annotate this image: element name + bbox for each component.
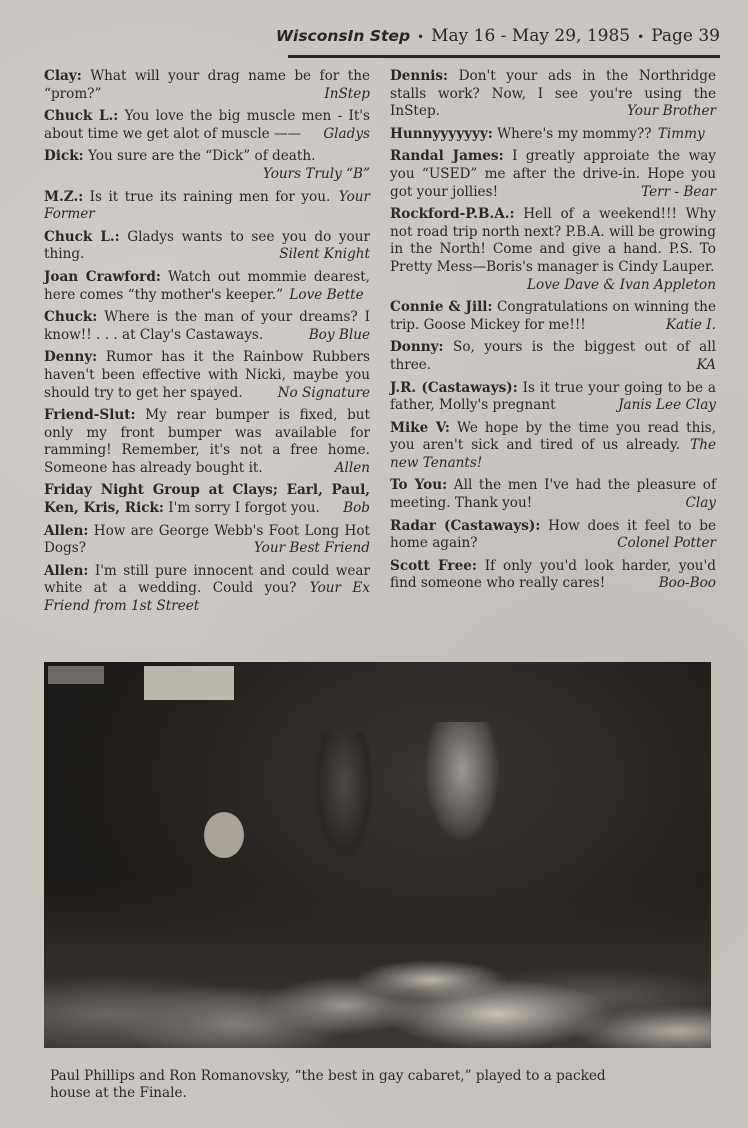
personal-ad: Clay: What will your drag name be for th… xyxy=(44,68,370,103)
personal-ad: Chuck L.: You love the big muscle men - … xyxy=(44,108,370,143)
wall-banner xyxy=(144,666,234,700)
ad-message: Where's my mommy?? xyxy=(497,126,651,142)
guitarist-figure xyxy=(424,722,500,842)
ad-recipient: Clay: xyxy=(44,68,82,84)
ad-recipient: Chuck: xyxy=(44,309,97,325)
personals-right-column: Dennis: Don't your ads in the Northridge… xyxy=(390,68,716,598)
ad-signature: Timmy xyxy=(656,126,705,142)
bullet-separator: • xyxy=(637,30,644,44)
ad-signature: Katie I. xyxy=(660,317,716,335)
personal-ad: Friday Night Group at Clays; Earl, Paul,… xyxy=(44,482,370,517)
ad-signature: Terr - Bear xyxy=(635,184,716,202)
ad-recipient: Joan Crawford: xyxy=(44,269,161,285)
audience xyxy=(44,878,711,1048)
personal-ad: Allen: I'm still pure innocent and could… xyxy=(44,563,370,616)
personal-ad: M.Z.: Is it true its raining men for you… xyxy=(44,189,370,224)
ad-signature: Yours Truly “B” xyxy=(257,166,370,184)
wall-sign xyxy=(48,666,104,684)
personal-ad: To You: All the men I've had the pleasur… xyxy=(390,477,716,512)
ad-recipient: Chuck L.: xyxy=(44,108,118,124)
ad-recipient: Connie & Jill: xyxy=(390,299,492,315)
personal-ad: Joan Crawford: Watch out mommie dearest,… xyxy=(44,269,370,304)
ad-signature: Love Dave & Ivan Appleton xyxy=(521,277,716,295)
issue-dates: May 16 - May 29, 1985 xyxy=(431,26,630,46)
concert-photo xyxy=(44,662,711,1048)
ad-recipient: Scott Free: xyxy=(390,558,477,574)
ad-signature: Bob xyxy=(337,500,370,518)
ad-recipient: Chuck L.: xyxy=(44,229,120,245)
ad-recipient: Dick: xyxy=(44,148,84,164)
personal-ad: Scott Free: If only you'd look harder, y… xyxy=(390,558,716,593)
ad-signature: Janis Lee Clay xyxy=(612,397,716,415)
ad-recipient: Hunnyyyyyyy: xyxy=(390,126,493,142)
ad-signature: InStep xyxy=(318,86,370,104)
ad-signature: No Signature xyxy=(272,385,370,403)
ad-recipient: J.R. (Castaways): xyxy=(390,380,518,396)
photo-caption: Paul Phillips and Ron Romanovsky, “the b… xyxy=(50,1068,610,1102)
ad-recipient: Radar (Castaways): xyxy=(390,518,540,534)
personal-ad: Dick: You sure are the “Dick” of death. … xyxy=(44,148,370,183)
personal-ad: Allen: How are George Webb's Foot Long H… xyxy=(44,523,370,558)
ad-signature: Your Best Friend xyxy=(248,540,370,558)
personal-ad: Mike V: We hope by the time you read thi… xyxy=(390,420,716,473)
personal-ad: Radar (Castaways): How does it feel to b… xyxy=(390,518,716,553)
ad-recipient: M.Z.: xyxy=(44,189,83,205)
ad-signature: Boo-Boo xyxy=(653,575,716,593)
ad-recipient: Randal James: xyxy=(390,148,504,164)
ad-recipient: Rockford-P.B.A.: xyxy=(390,206,515,222)
ad-recipient: To You: xyxy=(390,477,447,493)
ad-message: Is it true its raining men for you. xyxy=(90,189,331,205)
personal-ad: Donny: So, yours is the biggest out of a… xyxy=(390,339,716,374)
ad-message: I'm sorry I forgot you. xyxy=(168,500,320,516)
ad-message: You sure are the “Dick” of death. xyxy=(88,148,315,164)
personal-ad: J.R. (Castaways): Is it true your going … xyxy=(390,380,716,415)
page-header: WisconsIn Step • May 16 - May 29, 1985 •… xyxy=(288,26,720,46)
ad-signature: Boy Blue xyxy=(303,327,370,345)
publication-name: WisconsIn Step xyxy=(276,27,410,45)
header-rule xyxy=(288,55,720,58)
ad-recipient: Friend-Slut: xyxy=(44,407,136,423)
ad-signature: Your Brother xyxy=(621,103,716,121)
ad-signature: Gladys xyxy=(317,126,370,144)
ad-recipient: Donny: xyxy=(390,339,444,355)
ad-signature: KA xyxy=(691,357,716,375)
ad-recipient: Mike V: xyxy=(390,420,450,436)
personal-ad: Connie & Jill: Congratulations on winnin… xyxy=(390,299,716,334)
ad-recipient: Allen: xyxy=(44,523,88,539)
page-number: Page 39 xyxy=(651,26,720,46)
personal-ad: Friend-Slut: My rear bumper is fixed, bu… xyxy=(44,407,370,477)
personal-ad: Denny: Rumor has it the Rainbow Rubbers … xyxy=(44,349,370,402)
ad-signature: Allen xyxy=(329,460,370,478)
ad-signature: Clay xyxy=(679,495,716,513)
ad-signature: Colonel Potter xyxy=(611,535,716,553)
raised-hand xyxy=(204,812,244,858)
ad-recipient: Denny: xyxy=(44,349,97,365)
personal-ad: Dennis: Don't your ads in the Northridge… xyxy=(390,68,716,121)
personals-left-column: Clay: What will your drag name be for th… xyxy=(44,68,370,621)
performer-figure xyxy=(314,732,374,862)
bullet-separator: • xyxy=(417,30,424,44)
personal-ad: Chuck L.: Gladys wants to see you do you… xyxy=(44,229,370,264)
ad-recipient: Allen: xyxy=(44,563,88,579)
ad-recipient: Dennis: xyxy=(390,68,448,84)
personal-ad: Randal James: I greatly approiate the wa… xyxy=(390,148,716,201)
personal-ad: Hunnyyyyyyy: Where's my mommy?? Timmy xyxy=(390,126,716,144)
personal-ad: Rockford-P.B.A.: Hell of a weekend!!! Wh… xyxy=(390,206,716,294)
ad-signature: Silent Knight xyxy=(273,246,370,264)
personal-ad: Chuck: Where is the man of your dreams? … xyxy=(44,309,370,344)
ad-signature: Love Bette xyxy=(287,287,363,303)
